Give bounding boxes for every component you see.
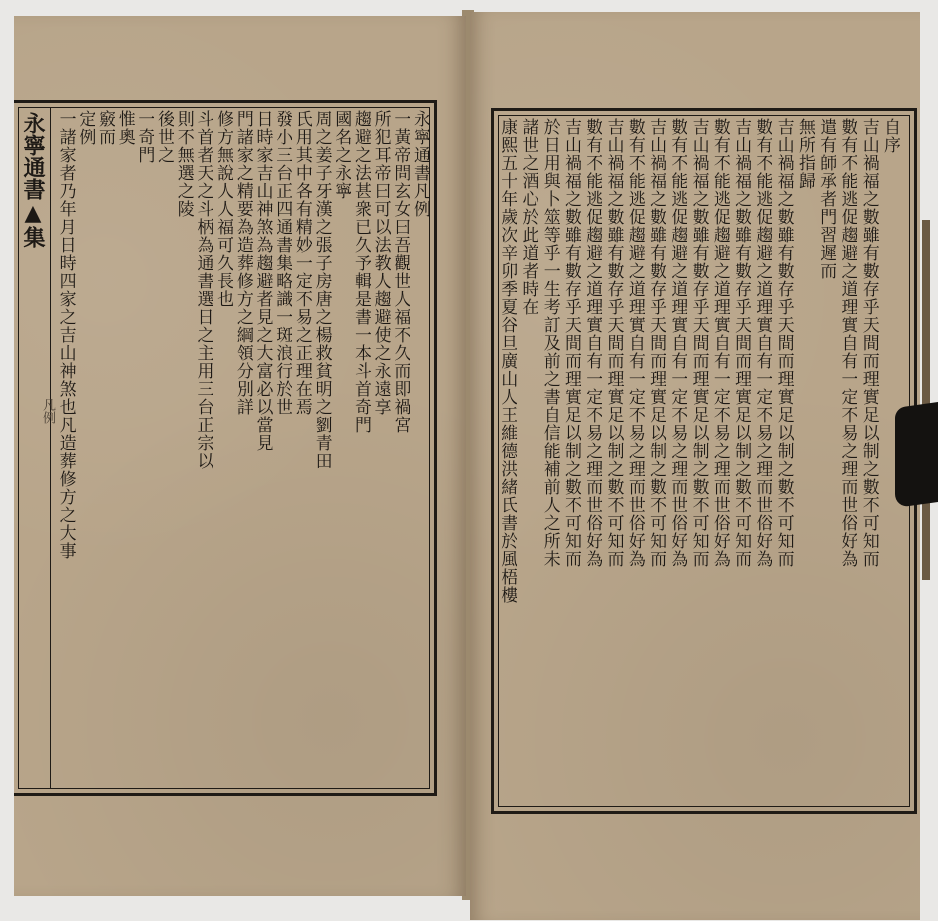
text-column: 吉山禍福之數雖有數存乎天間而理實足以制之數不可知而	[776, 118, 793, 798]
text-column: 數有不能逃促趨避之道理實自有一定不易之理而世俗好為	[585, 118, 602, 798]
section-label: 凡例	[38, 398, 57, 424]
page-edge-stain	[922, 220, 930, 580]
text-column: 數有不能逃促趨避之道理實自有一定不易之理而世俗好為	[628, 118, 645, 798]
book-margin-label: 永寧通書▲集 凡例	[16, 108, 51, 788]
text-column: 吉山禍福之數雖有數存乎天間而理實足以制之數不可知而	[606, 118, 623, 798]
text-column: 諸世之酒心於此道者時在	[521, 118, 538, 798]
text-column: 一諸家者乃年月日時四家之吉山神煞也凡造葬修方之大事	[60, 110, 76, 770]
text-column: 竅而	[99, 110, 115, 770]
text-column: 則不無選之陵	[178, 110, 194, 770]
text-column: 門諸家之精要為造葬修方之綱領分別詳	[237, 110, 253, 770]
text-column: 趨避之法甚衆已久予輯是書一本斗首奇門	[355, 110, 371, 770]
text-column: 遣有師承者門習遲而	[819, 118, 836, 798]
left-page-text: 永寧通書凡例 一黃帝問玄女曰吾觀世人福不久而即禍宮 所犯耳帝曰可以法教人趨避使之…	[60, 110, 430, 770]
text-column: 吉山禍福之數雖有數存乎天間而理實足以制之數不可知而	[691, 118, 708, 798]
text-column: 吉山禍福之數雖有數存乎天間而理實足以制之數不可知而	[861, 118, 878, 798]
text-column: 吉山禍福之數雖有數存乎天間而理實足以制之數不可知而	[734, 118, 751, 798]
text-column: 發小三台正四通書集略識一斑浪行於世	[277, 110, 293, 770]
text-column: 定例	[80, 110, 96, 770]
text-column: 一奇門	[139, 110, 155, 770]
right-page-text: 自序 吉山禍福之數雖有數存乎天間而理實足以制之數不可知而 數有不能逃促趨避之道理…	[500, 118, 900, 798]
text-column: 吉山禍福之數雖有數存乎天間而理實足以制之數不可知而	[649, 118, 666, 798]
text-column: 一黃帝問玄女曰吾觀世人福不久而即禍宮	[395, 110, 411, 770]
text-column: 惟奧	[119, 110, 135, 770]
text-column: 數有不能逃促趨避之道理實自有一定不易之理而世俗好為	[840, 118, 857, 798]
text-column: 數有不能逃促趨避之道理實自有一定不易之理而世俗好為	[713, 118, 730, 798]
text-column: 日時家吉山神煞為趨避者見之大富必以當見	[257, 110, 273, 770]
text-column: 後世之	[158, 110, 174, 770]
text-column: 吉山禍福之數雖有數存乎天間而理實足以制之數不可知而	[564, 118, 581, 798]
text-column: 數有不能逃促趨避之道理實自有一定不易之理而世俗好為	[755, 118, 772, 798]
text-column: 永寧通書凡例	[414, 110, 430, 770]
text-column: 國名之永寧	[336, 110, 352, 770]
date-signature-line: 康熙五十年歲次辛卯季夏谷旦廣山人王維德洪緒氏書於風梧樓	[500, 118, 517, 798]
text-column: 氏用其中各有精妙一定不易之正理在焉	[296, 110, 312, 770]
text-column: 周之姜子牙漢之張子房唐之楊救貧明之劉青田	[316, 110, 332, 770]
text-column: 修方無說人人福可久長也	[217, 110, 233, 770]
text-column: 無所指歸	[798, 118, 815, 798]
text-column: 數有不能逃促趨避之道理實自有一定不易之理而世俗好為	[670, 118, 687, 798]
text-column: 於日用與卜筮等乎一生考訂及前之書自信能補前人之所未	[542, 118, 559, 798]
text-column: 斗首者天之斗柄為通書選日之主用三台正宗以	[198, 110, 214, 770]
book-title: 永寧通書▲集	[18, 112, 49, 248]
binder-clip	[895, 402, 938, 508]
text-column: 所犯耳帝曰可以法教人趨避使之永遠享	[375, 110, 391, 770]
